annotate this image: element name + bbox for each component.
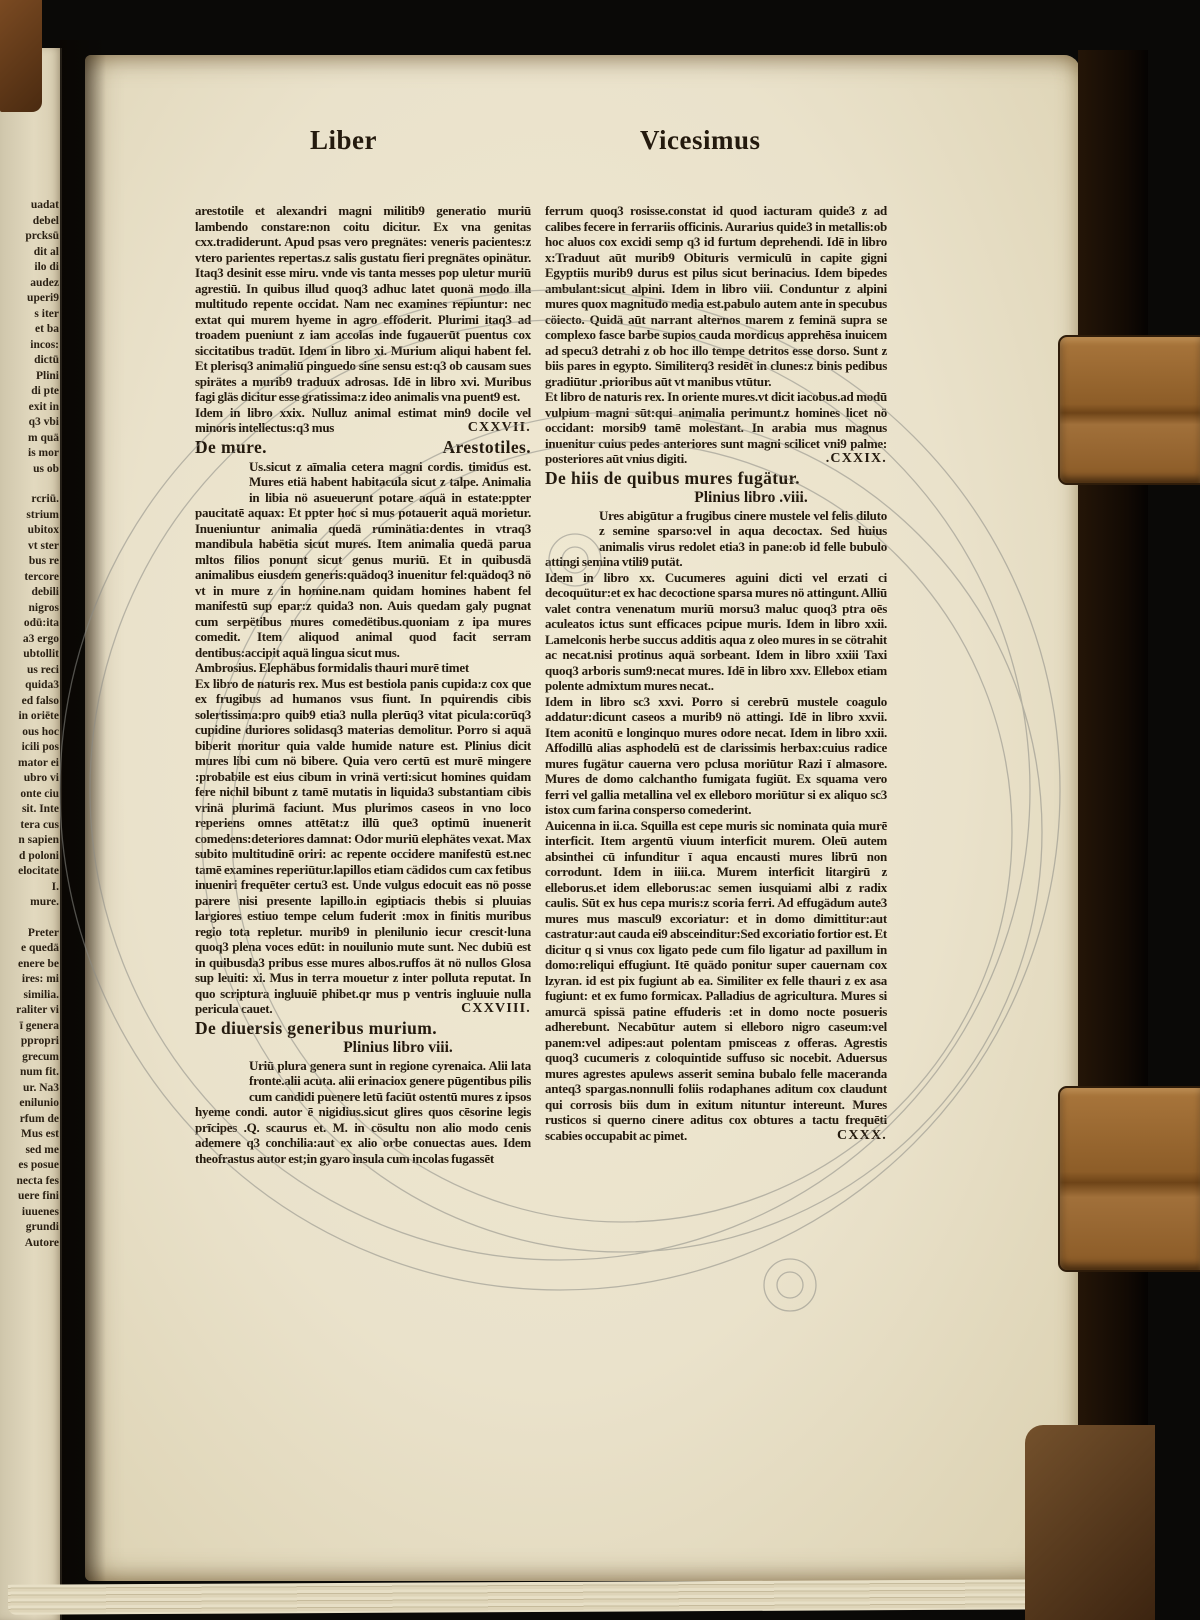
fragment-line: vt ster: [0, 539, 59, 555]
facing-page-edge: uadatdebelprcksūdit alilo diaudezuperi9s…: [0, 48, 62, 1620]
fragment-line: similia.: [0, 988, 59, 1004]
fragment-line: di pte: [0, 384, 59, 400]
fragment-line: n sapien: [0, 833, 59, 849]
chapter-numeral: CXXVIII.: [461, 1001, 531, 1017]
leather-corner: [0, 0, 42, 112]
text-columns: arestotile et alexandri magni militib9 g…: [195, 203, 887, 1166]
fragment-line: m quä: [0, 431, 59, 447]
paragraph: Idem in libro sc3 xxvi. Porro si cerebrū…: [545, 694, 887, 818]
chapter-numeral: CXXX.: [837, 1128, 887, 1144]
fragment-line: e quedä: [0, 941, 59, 957]
paragraph: Idem in libro xxix. Nulluz animal estima…: [195, 405, 531, 436]
heading-title: De hiis de quibus mures fugätur.: [545, 468, 887, 489]
fragment-line: dit al: [0, 245, 59, 261]
fragment-line: es posue: [0, 1158, 59, 1174]
fragment-line: is mor: [0, 446, 59, 462]
initial-space: [195, 459, 249, 506]
fragment-line: num fit.: [0, 1065, 59, 1081]
fragment-line: raliter vi: [0, 1003, 59, 1019]
fragment-line: icili pos: [0, 740, 59, 756]
fragment-line: uere fini: [0, 1189, 59, 1205]
fragment-line: ur. Na3: [0, 1081, 59, 1097]
fragment-line: tercore: [0, 570, 59, 586]
section-heading: De hiis de quibus mures fugätur.Plinius …: [545, 468, 887, 507]
fragment-line: elocitate: [0, 864, 59, 880]
fragment-line: et ba: [0, 322, 59, 338]
fragment-line: ubitox: [0, 523, 59, 539]
fragment-line: ires: mi: [0, 972, 59, 988]
paragraph: Ures abigūtur a frugibus cinere mustele …: [545, 508, 887, 570]
text-column-right: ferrum quoq3 rosisse.constat id quod iac…: [545, 203, 887, 1166]
fragment-line: ubtollit: [0, 647, 59, 663]
fragment-line: uadat: [0, 198, 59, 214]
fragment-line: debili: [0, 585, 59, 601]
heading-title: De diuersis generibus murium.: [195, 1018, 531, 1039]
fragment-line: enere be: [0, 957, 59, 973]
running-title-right: Vicesimus: [640, 125, 761, 156]
fragment-line: dictū: [0, 353, 59, 369]
fragment-line: us ob: [0, 462, 59, 478]
fragment-line: ppropri: [0, 1034, 59, 1050]
fragment-line: uperi9: [0, 291, 59, 307]
fragment-line: [0, 911, 59, 926]
heading-author: Arestotiles.: [442, 437, 531, 458]
leather-back-corner: [1025, 1425, 1155, 1620]
leather-strap-bottom: [1058, 1086, 1200, 1272]
paragraph: arestotile et alexandri magni militib9 g…: [195, 203, 531, 405]
fragment-line: onte ciu: [0, 787, 59, 803]
fragment-line: necta fes: [0, 1174, 59, 1190]
heading-title: De mure.: [195, 437, 267, 458]
fragment-line: Plini: [0, 369, 59, 385]
paragraph: Uriū plura genera sunt in regione cyrena…: [195, 1058, 531, 1167]
fragment-line: [0, 477, 59, 492]
running-title-left: Liber: [310, 125, 377, 156]
fragment-line: Preter: [0, 926, 59, 942]
section-heading: De mure.Arestotiles.: [195, 437, 531, 458]
fragment-line: debel: [0, 214, 59, 230]
fragment-line: odū:ita: [0, 616, 59, 632]
fragment-line: prcksū: [0, 229, 59, 245]
fragment-line: q3 vbi: [0, 415, 59, 431]
paragraph: Ex libro de naturis rex. Mus est bestiol…: [195, 676, 531, 1017]
fragment-line: rcriū.: [0, 492, 59, 508]
fragment-line: iuuenes: [0, 1205, 59, 1221]
book-photo: uadatdebelprcksūdit alilo diaudezuperi9s…: [0, 0, 1200, 1620]
fragment-line: d poloni: [0, 849, 59, 865]
fragment-line: ubro vi: [0, 771, 59, 787]
fragment-line: grecum: [0, 1050, 59, 1066]
fragment-line: strium: [0, 508, 59, 524]
fragment-line: rfum de: [0, 1112, 59, 1128]
fragment-line: ilo di: [0, 260, 59, 276]
section-heading: De diuersis generibus murium.Plinius lib…: [195, 1018, 531, 1057]
main-page: Liber Vicesimus arestotile et alexandri …: [85, 55, 1080, 1581]
fragment-line: ī genera: [0, 1019, 59, 1035]
text-column-left: arestotile et alexandri magni militib9 g…: [195, 203, 531, 1166]
paragraph: Idem in libro xx. Cucumeres aguini dicti…: [545, 570, 887, 694]
paragraph: Auicenna in ii.ca. Squilla est cepe muri…: [545, 818, 887, 1144]
fragment-line: nigros: [0, 601, 59, 617]
paragraph: Us.sicut z aīmalia cetera magni cordis. …: [195, 459, 531, 661]
initial-space: [195, 1058, 249, 1105]
initial-space: [545, 508, 599, 555]
fragment-line: a3 ergo: [0, 632, 59, 648]
fragment-line: ous hoc: [0, 725, 59, 741]
page-stack-edges: [8, 1579, 1063, 1615]
fragment-line: sit. Inte: [0, 802, 59, 818]
fragment-line: tera cus: [0, 818, 59, 834]
fragment-line: I.: [0, 880, 59, 896]
fragment-line: us reci: [0, 663, 59, 679]
chapter-numeral: .CXXIX.: [826, 451, 887, 467]
fragment-line: bus re: [0, 554, 59, 570]
fragment-line: ed falso: [0, 694, 59, 710]
paragraph: Et libro de naturis rex. In oriente mure…: [545, 389, 887, 467]
fragment-line: Autore: [0, 1236, 59, 1252]
fragment-line: enilunio: [0, 1096, 59, 1112]
fragment-line: quida3: [0, 678, 59, 694]
fragment-line: in oriēte: [0, 709, 59, 725]
heading-source: Plinius libro .viii.: [615, 489, 887, 507]
chapter-numeral: CXXVII.: [468, 420, 531, 436]
fragment-line: mator ei: [0, 756, 59, 772]
fragment-line: Mus est: [0, 1127, 59, 1143]
fragment-line: grundi: [0, 1220, 59, 1236]
paragraph: Ambrosius. Elephäbus formidalis thauri m…: [195, 660, 531, 676]
fragment-line: mure.: [0, 895, 59, 911]
fragment-line: sed me: [0, 1143, 59, 1159]
fragment-line: exit in: [0, 400, 59, 416]
fragment-line: incos:: [0, 338, 59, 354]
fragment-line: s iter: [0, 307, 59, 323]
heading-source: Plinius libro viii.: [265, 1039, 531, 1057]
paragraph: ferrum quoq3 rosisse.constat id quod iac…: [545, 203, 887, 389]
facing-page-fragments: uadatdebelprcksūdit alilo diaudezuperi9s…: [0, 48, 62, 1251]
leather-strap-top: [1058, 335, 1200, 485]
binding-board: [1078, 50, 1148, 1590]
gutter-shadow: [60, 40, 106, 1620]
fragment-line: audez: [0, 276, 59, 292]
